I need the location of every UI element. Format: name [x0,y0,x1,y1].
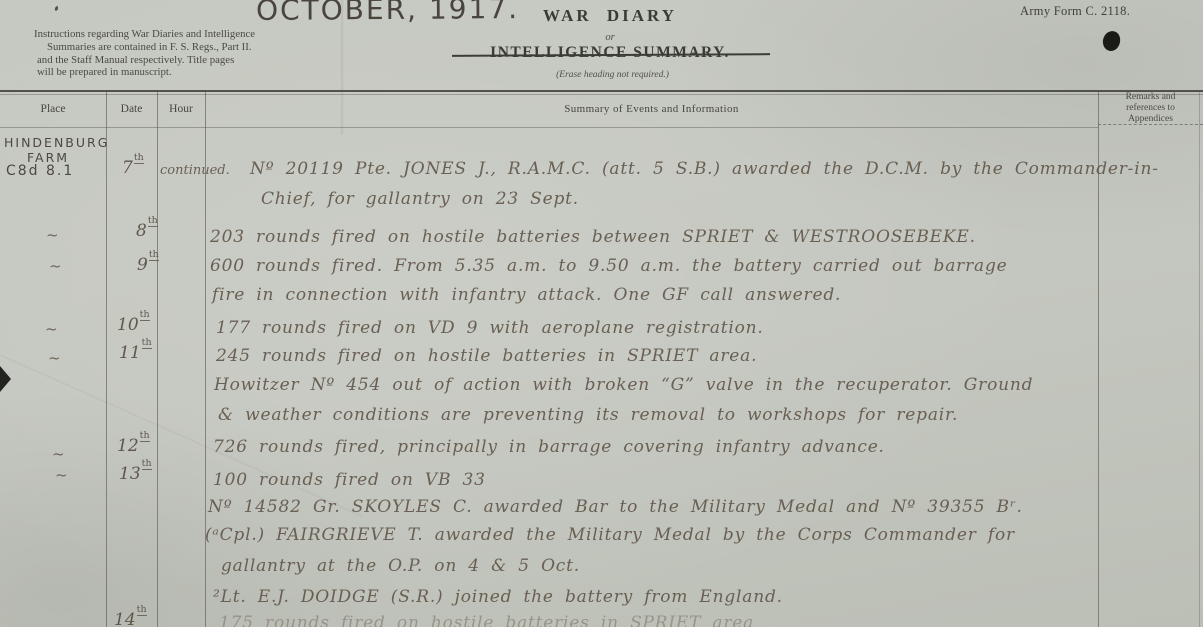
place-ditto-mark: ~ [46,226,59,244]
entry-date: 13th [119,464,152,484]
column-divider [1199,90,1200,627]
diary-entry-line: 245 rounds fired on hostile batteries in… [216,346,757,366]
war-diary-page: OCTOBER, 1917. Army Form C. 2118. WAR DI… [0,0,1203,627]
instructions-line: Summaries are contained in F. S. Regs., … [28,41,255,54]
entry-date: 10th [117,315,150,335]
diary-entry-line: 600 rounds fired. From 5.35 a.m. to 9.50… [210,256,1008,276]
remarks-header-line: Appendices [1098,114,1203,125]
form-title-conjunction: or [500,32,720,43]
map-reference: C8d 8.1 [6,163,74,179]
column-header-remarks: Remarks and references to Appendices [1098,92,1203,125]
diary-entry-line: Nº 20119 Pte. JONES J., R.A.M.C. (att. 5… [250,159,1159,179]
entry-date: 14th [114,610,147,627]
table-top-rule-inner [0,94,1203,95]
remarks-header-line: Remarks and [1098,92,1203,103]
column-divider [106,90,107,627]
diary-entry-line: & weather conditions are preventing its … [218,405,958,425]
entry-date: 8th [136,221,158,241]
entry-date: 11th [119,343,152,363]
diary-entry-line: Chief, for gallantry on 23 Sept. [261,189,579,209]
place-ditto-mark: ~ [52,445,65,463]
column-header-place: Place [0,103,106,115]
place-name-line: HINDENBURG [4,135,109,150]
diary-entry-line: 100 rounds fired on VB 33 [213,470,486,490]
diary-entry-line: Nº 14582 Gr. SKOYLES C. awarded Bar to t… [208,497,1023,517]
diary-entry-line: 177 rounds fired on VD 9 with aeroplane … [216,318,764,338]
instructions-line: and the Staff Manual respectively. Title… [28,54,255,67]
column-header-summary: Summary of Events and Information [205,103,1098,115]
remarks-header-line: references to [1098,103,1203,114]
punch-hole [1101,29,1122,52]
entry-date: 9th [137,255,159,275]
form-title: WAR DIARY [500,6,720,26]
diary-entry-line: 203 rounds fired on hostile batteries be… [210,227,976,247]
diary-entry-line: fire in connection with infantry attack.… [212,285,841,305]
entry-date: 7th [122,158,144,178]
instructions-line: will be prepared in manuscript. [28,66,255,79]
erase-heading-note: (Erase heading not required.) [505,70,720,80]
diary-entry-line: 726 rounds fired, principally in barrage… [213,437,885,457]
handwritten-month-title: OCTOBER, 1917. [256,0,519,27]
place-ditto-mark: ~ [45,320,58,338]
instructions-line: Instructions regarding War Diaries and I… [28,28,255,41]
diary-entry-line: (ᵃCpl.) FAIRGRIEVE T. awarded the Milita… [205,525,1015,545]
table-top-rule [0,90,1203,92]
diary-entry-line: gallantry at the O.P. on 4 & 5 Oct. [221,556,580,576]
place-ditto-mark: ~ [55,466,68,484]
place-ditto-mark: ~ [49,257,62,275]
column-divider [157,90,158,627]
column-header-hour: Hour [157,103,205,115]
diary-entry-line: ²Lt. E.J. DOIDGE (S.R.) joined the batte… [213,587,783,607]
continued-note: continued. [160,163,230,178]
entry-date: 12th [117,436,150,456]
instructions-block: Instructions regarding War Diaries and I… [28,28,255,79]
column-header-date: Date [106,103,157,115]
place-ditto-mark: ~ [48,349,61,367]
paper-crease [0,345,362,519]
header-underline [0,127,1098,128]
diary-entry-line: Howitzer Nº 454 out of action with broke… [214,375,1033,395]
diary-entry-line: 175 rounds fired on hostile batteries in… [219,613,754,627]
ink-speck [54,6,59,12]
page-edge-tear [0,366,11,392]
army-form-number: Army Form C. 2118. [1020,4,1130,19]
